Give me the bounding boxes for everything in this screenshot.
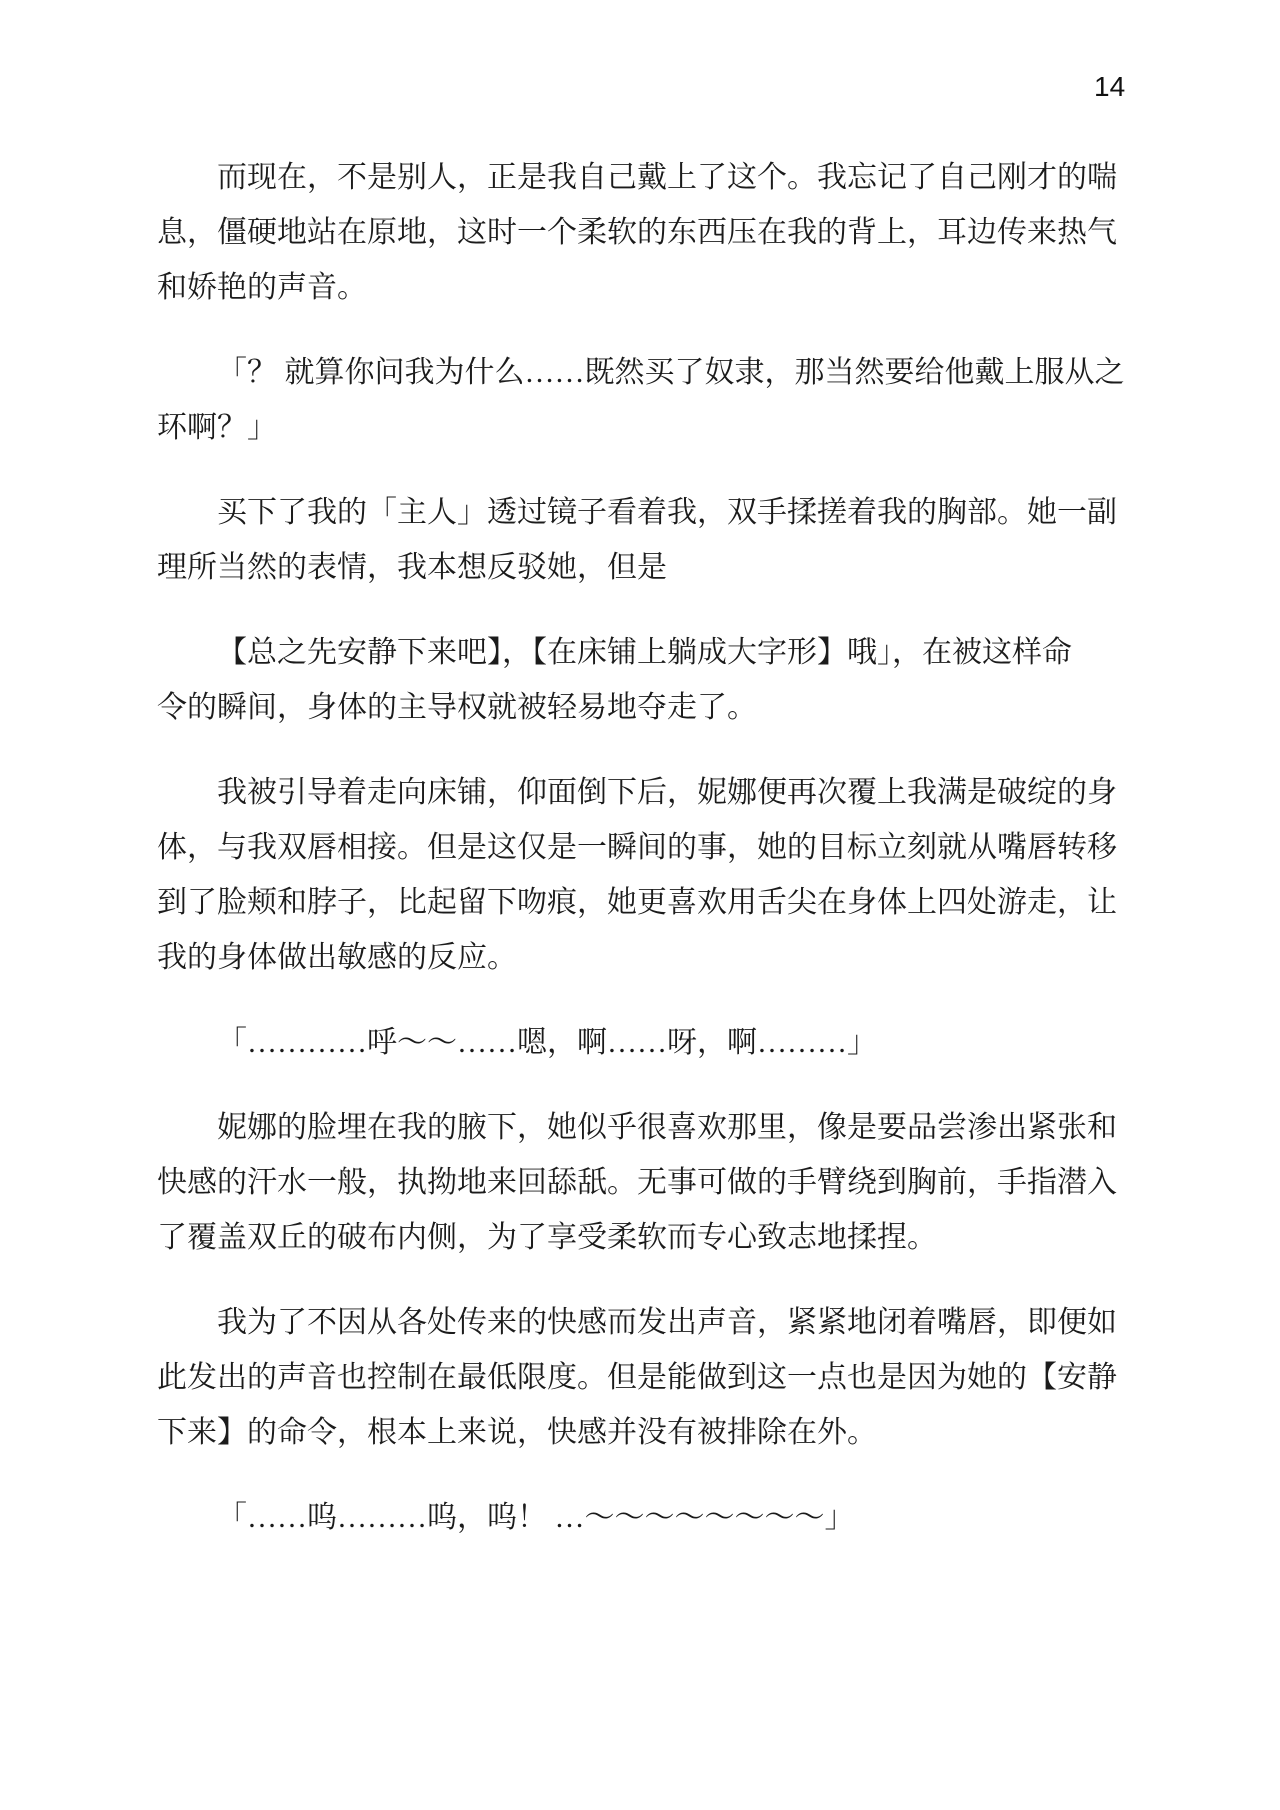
text-line: 理所当然的表情，我本想反驳她，但是 [157, 540, 1142, 595]
text-line: 和娇艳的声音。 [157, 260, 1142, 315]
paragraph: 妮娜的脸埋在我的腋下，她似乎很喜欢那里，像是要品尝渗出紧张和 快感的汗水一般，执… [157, 1100, 1142, 1265]
paragraph: 买下了我的「主人」透过镜子看着我，双手揉搓着我的胸部。她一副 理所当然的表情，我… [157, 485, 1142, 595]
text-line: 此发出的声音也控制在最低限度。但是能做到这一点也是因为她的【安静 [157, 1350, 1142, 1405]
page-text-content: 而现在，不是别人，正是我自己戴上了这个。我忘记了自己刚才的喘 息，僵硬地站在原地… [157, 150, 1142, 1575]
page-number: 14 [1094, 70, 1125, 104]
text-line: 买下了我的「主人」透过镜子看着我，双手揉搓着我的胸部。她一副 [157, 485, 1142, 540]
text-line: 妮娜的脸埋在我的腋下，她似乎很喜欢那里，像是要品尝渗出紧张和 [157, 1100, 1142, 1155]
text-line: 环啊？」 [157, 400, 1142, 455]
text-line: 快感的汗水一般，执拗地来回舔舐。无事可做的手臂绕到胸前，手指潜入 [157, 1155, 1142, 1210]
text-line: 「？ 就算你问我为什么……既然买了奴隶，那当然要给他戴上服从之 [157, 345, 1142, 400]
paragraph-command: 【总之先安静下来吧】，【在床铺上躺成大字形】哦」，在被这样命 令的瞬间，身体的主… [157, 625, 1142, 735]
text-line: 下来】的命令，根本上来说，快感并没有被排除在外。 [157, 1405, 1142, 1460]
paragraph-dialogue: 「？ 就算你问我为什么……既然买了奴隶，那当然要给他戴上服从之 环啊？」 [157, 345, 1142, 455]
text-line: 【总之先安静下来吧】，【在床铺上躺成大字形】哦」，在被这样命 [157, 625, 1142, 680]
text-line: 而现在，不是别人，正是我自己戴上了这个。我忘记了自己刚才的喘 [157, 150, 1142, 205]
paragraph-dialogue: 「…………呼～～……嗯，啊……呀，啊………」 [157, 1015, 1142, 1070]
text-line: 令的瞬间，身体的主导权就被轻易地夺走了。 [157, 680, 1142, 735]
text-line: 了覆盖双丘的破布内侧，为了享受柔软而专心致志地揉捏。 [157, 1210, 1142, 1265]
document-page: 14 而现在，不是别人，正是我自己戴上了这个。我忘记了自己刚才的喘 息，僵硬地站… [0, 0, 1280, 1810]
paragraph: 我被引导着走向床铺，仰面倒下后，妮娜便再次覆上我满是破绽的身 体，与我双唇相接。… [157, 765, 1142, 985]
paragraph: 而现在，不是别人，正是我自己戴上了这个。我忘记了自己刚才的喘 息，僵硬地站在原地… [157, 150, 1142, 315]
text-line: 「……呜………呜，呜！ …～～～～～～～～」 [157, 1490, 1142, 1545]
text-line: 体，与我双唇相接。但是这仅是一瞬间的事，她的目标立刻就从嘴唇转移 [157, 820, 1142, 875]
text-line: 我被引导着走向床铺，仰面倒下后，妮娜便再次覆上我满是破绽的身 [157, 765, 1142, 820]
paragraph: 我为了不因从各处传来的快感而发出声音，紧紧地闭着嘴唇，即便如 此发出的声音也控制… [157, 1295, 1142, 1460]
text-line: 息，僵硬地站在原地，这时一个柔软的东西压在我的背上，耳边传来热气 [157, 205, 1142, 260]
text-line: 我为了不因从各处传来的快感而发出声音，紧紧地闭着嘴唇，即便如 [157, 1295, 1142, 1350]
text-line: 我的身体做出敏感的反应。 [157, 930, 1142, 985]
text-line: 「…………呼～～……嗯，啊……呀，啊………」 [157, 1015, 1142, 1070]
paragraph-dialogue: 「……呜………呜，呜！ …～～～～～～～～」 [157, 1490, 1142, 1545]
text-line: 到了脸颊和脖子，比起留下吻痕，她更喜欢用舌尖在身体上四处游走，让 [157, 875, 1142, 930]
